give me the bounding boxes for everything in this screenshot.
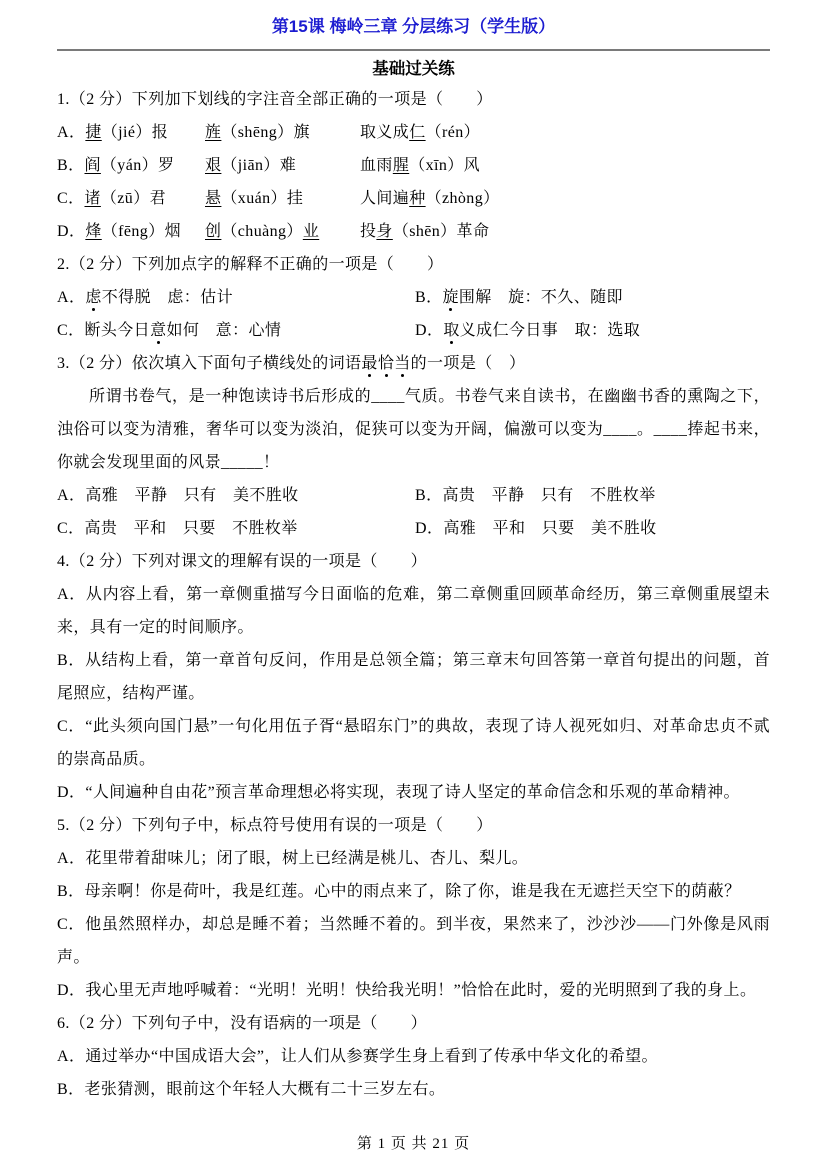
question-5-stem: 5.（2 分）下列句子中，标点符号使用有误的一项是（ ） [57,809,770,842]
option-b: B．高贵 平静 只有 不胜枚举 [415,479,770,512]
question-4: 4.（2 分）下列对课文的理解有误的一项是（ ） A．从内容上看，第一章侧重描写… [57,545,770,809]
option-d-part-1: D．烽（fēng）烟 [57,215,205,248]
question-1-row-b: B．阎（yán）罗 艰（jiān）难 血雨腥（xīn）风 [57,149,770,182]
option-d: D．取义成仁今日事 取：选取 [415,314,770,347]
question-1-row-a: A．捷（jié）报 旌（shēng）旗 取义成仁（rén） [57,116,770,149]
option-c: C．“此头须向国门悬”一句化用伍子胥“悬昭东门”的典故，表现了诗人视死如归、对革… [57,710,770,776]
page-content: 第15课 梅岭三章 分层练习（学生版） 基础过关练 1.（2 分）下列加下划线的… [0,0,827,1106]
question-5: 5.（2 分）下列句子中，标点符号使用有误的一项是（ ） A．花里带着甜味儿；闭… [57,809,770,1007]
option-a-part-1: A．捷（jié）报 [57,116,205,149]
question-3-stem: 3.（2 分）依次填入下面句子横线处的词语最恰当的一项是（ ） [57,347,770,380]
question-1-row-d: D．烽（fēng）烟 创（chuàng）业 投身（shēn）革命 [57,215,770,248]
question-1-row-c: C．诸（zū）君 悬（xuán）挂 人间遍种（zhòng） [57,182,770,215]
option-b: B．母亲啊！你是荷叶，我是红莲。心中的雨点来了，除了你，谁是我在无遮拦天空下的荫… [57,875,770,908]
question-2-row-ab: A．虑不得脱 虑：估计 B．旋围解 旋：不久、随即 [57,281,770,314]
option-d: D．我心里无声地呼喊着：“光明！光明！快给我光明！”恰恰在此时，爱的光明照到了我… [57,974,770,1007]
option-b-part-2: 艰（jiān）难 [205,149,360,182]
question-6-stem: 6.（2 分）下列句子中，没有语病的一项是（ ） [57,1007,770,1040]
option-a-part-3: 取义成仁（rén） [360,116,770,149]
option-b: B．从结构上看，第一章首句反问，作用是总领全篇；第三章末句回答第一章首句提出的问… [57,644,770,710]
option-c-part-3: 人间遍种（zhòng） [360,182,770,215]
document-title: 第15课 梅岭三章 分层练习（学生版） [57,14,770,40]
option-c: C．断头今日意如何 意：心情 [57,314,415,347]
document-page: 第15课 梅岭三章 分层练习（学生版） 基础过关练 1.（2 分）下列加下划线的… [0,0,827,1169]
question-2-row-cd: C．断头今日意如何 意：心情 D．取义成仁今日事 取：选取 [57,314,770,347]
question-1: 1.（2 分）下列加下划线的字注音全部正确的一项是（ ） A．捷（jié）报 旌… [57,83,770,248]
option-a: A．虑不得脱 虑：估计 [57,281,415,314]
option-d: D．“人间遍种自由花”预言革命理想必将实现，表现了诗人坚定的革命信念和乐观的革命… [57,776,770,809]
option-a: A．从内容上看，第一章侧重描写今日面临的危难，第二章侧重回顾革命经历，第三章侧重… [57,578,770,644]
option-a-part-2: 旌（shēng）旗 [205,116,360,149]
option-b: B．老张猜测，眼前这个年轻人大概有二十三岁左右。 [57,1073,770,1106]
question-4-stem: 4.（2 分）下列对课文的理解有误的一项是（ ） [57,545,770,578]
question-1-stem: 1.（2 分）下列加下划线的字注音全部正确的一项是（ ） [57,83,770,116]
option-a: A．高雅 平静 只有 美不胜收 [57,479,415,512]
option-b: B．旋围解 旋：不久、随即 [415,281,770,314]
option-c: C．他虽然照样办，却总是睡不着；当然睡不着的。到半夜，果然来了，沙沙沙——门外像… [57,908,770,974]
question-2: 2.（2 分）下列加点字的解释不正确的一项是（ ） A．虑不得脱 虑：估计 B．… [57,248,770,347]
option-c-part-1: C．诸（zū）君 [57,182,205,215]
title-divider [57,49,770,51]
question-2-stem: 2.（2 分）下列加点字的解释不正确的一项是（ ） [57,248,770,281]
option-a: A．花里带着甜味儿；闭了眼，树上已经满是桃儿、杏儿、梨儿。 [57,842,770,875]
question-3-row-cd: C．高贵 平和 只要 不胜枚举 D．高雅 平和 只要 美不胜收 [57,512,770,545]
option-d-part-3: 投身（shēn）革命 [360,215,770,248]
question-3-passage: 所谓书卷气，是一种饱读诗书后形成的____气质。书卷气来自读书，在幽幽书香的熏陶… [57,380,770,479]
option-d: D．高雅 平和 只要 美不胜收 [415,512,770,545]
option-c: C．高贵 平和 只要 不胜枚举 [57,512,415,545]
question-3-row-ab: A．高雅 平静 只有 美不胜收 B．高贵 平静 只有 不胜枚举 [57,479,770,512]
question-3: 3.（2 分）依次填入下面句子横线处的词语最恰当的一项是（ ） 所谓书卷气，是一… [57,347,770,545]
option-d-part-2: 创（chuàng）业 [205,215,360,248]
option-b-part-1: B．阎（yán）罗 [57,149,205,182]
option-c-part-2: 悬（xuán）挂 [205,182,360,215]
page-number-footer: 第 1 页 共 21 页 [0,1132,827,1153]
section-heading: 基础过关练 [57,55,770,83]
option-b-part-3: 血雨腥（xīn）风 [360,149,770,182]
option-a: A．通过举办“中国成语大会”，让人们从参赛学生身上看到了传承中华文化的希望。 [57,1040,770,1073]
question-6: 6.（2 分）下列句子中，没有语病的一项是（ ） A．通过举办“中国成语大会”，… [57,1007,770,1106]
